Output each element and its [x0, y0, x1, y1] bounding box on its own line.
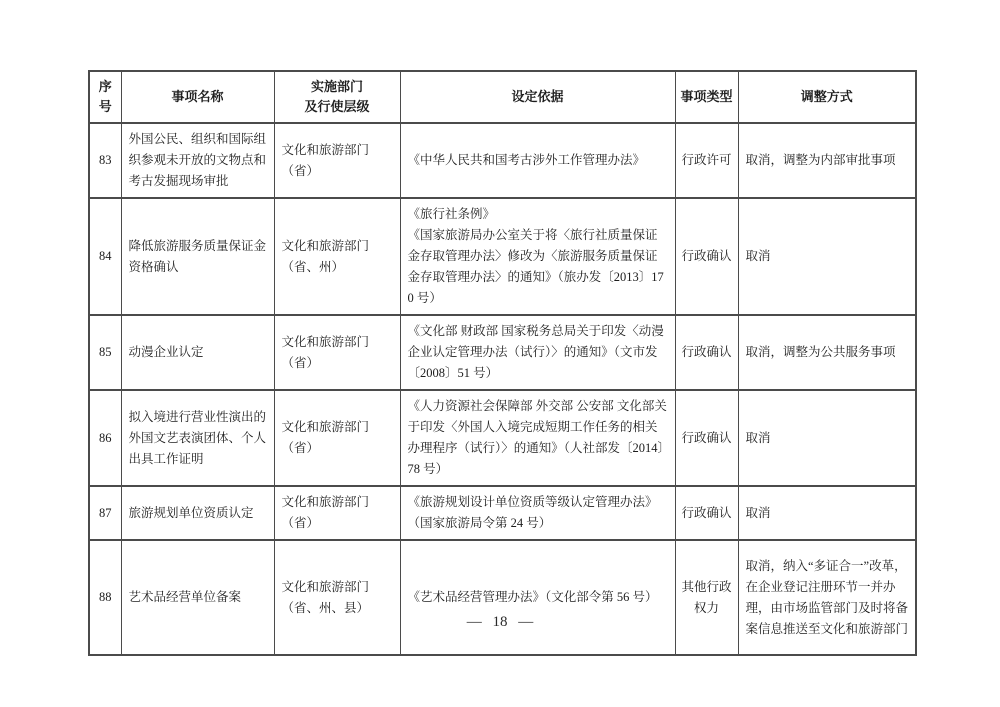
adjustment-method-cell: 取消，纳入“多证合一”改革，在企业登记注册环节一并办理，由市场监管部门及时将备案…	[738, 540, 916, 655]
row-serial-number: 83	[89, 123, 121, 198]
implementing-department-cell: 文化和旅游部门（省、州、县）	[274, 540, 400, 655]
setting-basis-cell: 《文化部 财政部 国家税务总局关于印发〈动漫企业认定管理办法（试行）〉的通知》（…	[400, 315, 675, 390]
table-row: 85动漫企业认定文化和旅游部门（省）《文化部 财政部 国家税务总局关于印发〈动漫…	[89, 315, 916, 390]
adjustment-method-cell: 取消	[738, 486, 916, 540]
item-type-cell: 行政确认	[675, 315, 738, 390]
item-name-cell: 旅游规划单位资质认定	[121, 486, 274, 540]
administrative-items-table: 序 号 事项名称 实施部门 及行使层级 设定依据 事项类型 调整方式 83外国公…	[88, 70, 917, 656]
item-name-cell: 艺术品经营单位备案	[121, 540, 274, 655]
item-type-cell: 行政确认	[675, 486, 738, 540]
setting-basis-cell: 《艺术品经营管理办法》（文化部令第 56 号）	[400, 540, 675, 655]
row-serial-number: 88	[89, 540, 121, 655]
row-serial-number: 86	[89, 390, 121, 486]
implementing-department-cell: 文化和旅游部门（省）	[274, 390, 400, 486]
item-name-cell: 动漫企业认定	[121, 315, 274, 390]
implementing-department-cell: 文化和旅游部门（省）	[274, 123, 400, 198]
adjustment-method-cell: 取消，调整为公共服务事项	[738, 315, 916, 390]
table-header-row: 序 号 事项名称 实施部门 及行使层级 设定依据 事项类型 调整方式	[89, 71, 916, 123]
table-row: 87旅游规划单位资质认定文化和旅游部门（省）《旅游规划设计单位资质等级认定管理办…	[89, 486, 916, 540]
setting-basis-cell: 《旅游规划设计单位资质等级认定管理办法》（国家旅游局令第 24 号）	[400, 486, 675, 540]
item-name-cell: 拟入境进行营业性演出的外国文艺表演团体、个人出具工作证明	[121, 390, 274, 486]
implementing-department-cell: 文化和旅游部门（省、州）	[274, 198, 400, 315]
item-type-cell: 其他行政权力	[675, 540, 738, 655]
table-row: 88艺术品经营单位备案文化和旅游部门（省、州、县）《艺术品经营管理办法》（文化部…	[89, 540, 916, 655]
table-row: 83外国公民、组织和国际组织参观未开放的文物点和考古发掘现场审批文化和旅游部门（…	[89, 123, 916, 198]
setting-basis-cell: 《旅行社条例》 《国家旅游局办公室关于将〈旅行社质量保证金存取管理办法〉修改为〈…	[400, 198, 675, 315]
column-header-adjustment-method: 调整方式	[738, 71, 916, 123]
column-header-serial-number: 序 号	[89, 71, 121, 123]
row-serial-number: 85	[89, 315, 121, 390]
column-header-implementing-department: 实施部门 及行使层级	[274, 71, 400, 123]
item-type-cell: 行政确认	[675, 390, 738, 486]
adjustment-method-cell: 取消，调整为内部审批事项	[738, 123, 916, 198]
table-row: 84降低旅游服务质量保证金资格确认文化和旅游部门（省、州）《旅行社条例》 《国家…	[89, 198, 916, 315]
item-type-cell: 行政确认	[675, 198, 738, 315]
item-type-cell: 行政许可	[675, 123, 738, 198]
column-header-item-type: 事项类型	[675, 71, 738, 123]
adjustment-method-cell: 取消	[738, 390, 916, 486]
adjustment-method-cell: 取消	[738, 198, 916, 315]
implementing-department-cell: 文化和旅游部门（省）	[274, 486, 400, 540]
implementing-department-cell: 文化和旅游部门（省）	[274, 315, 400, 390]
column-header-item-name: 事项名称	[121, 71, 274, 123]
page-number: — 18 —	[0, 614, 1000, 631]
document-page: 序 号 事项名称 实施部门 及行使层级 设定依据 事项类型 调整方式 83外国公…	[0, 0, 1000, 707]
column-header-setting-basis: 设定依据	[400, 71, 675, 123]
row-serial-number: 84	[89, 198, 121, 315]
setting-basis-cell: 《人力资源社会保障部 外交部 公安部 文化部关于印发〈外国人入境完成短期工作任务…	[400, 390, 675, 486]
item-name-cell: 降低旅游服务质量保证金资格确认	[121, 198, 274, 315]
table-row: 86拟入境进行营业性演出的外国文艺表演团体、个人出具工作证明文化和旅游部门（省）…	[89, 390, 916, 486]
item-name-cell: 外国公民、组织和国际组织参观未开放的文物点和考古发掘现场审批	[121, 123, 274, 198]
setting-basis-cell: 《中华人民共和国考古涉外工作管理办法》	[400, 123, 675, 198]
row-serial-number: 87	[89, 486, 121, 540]
